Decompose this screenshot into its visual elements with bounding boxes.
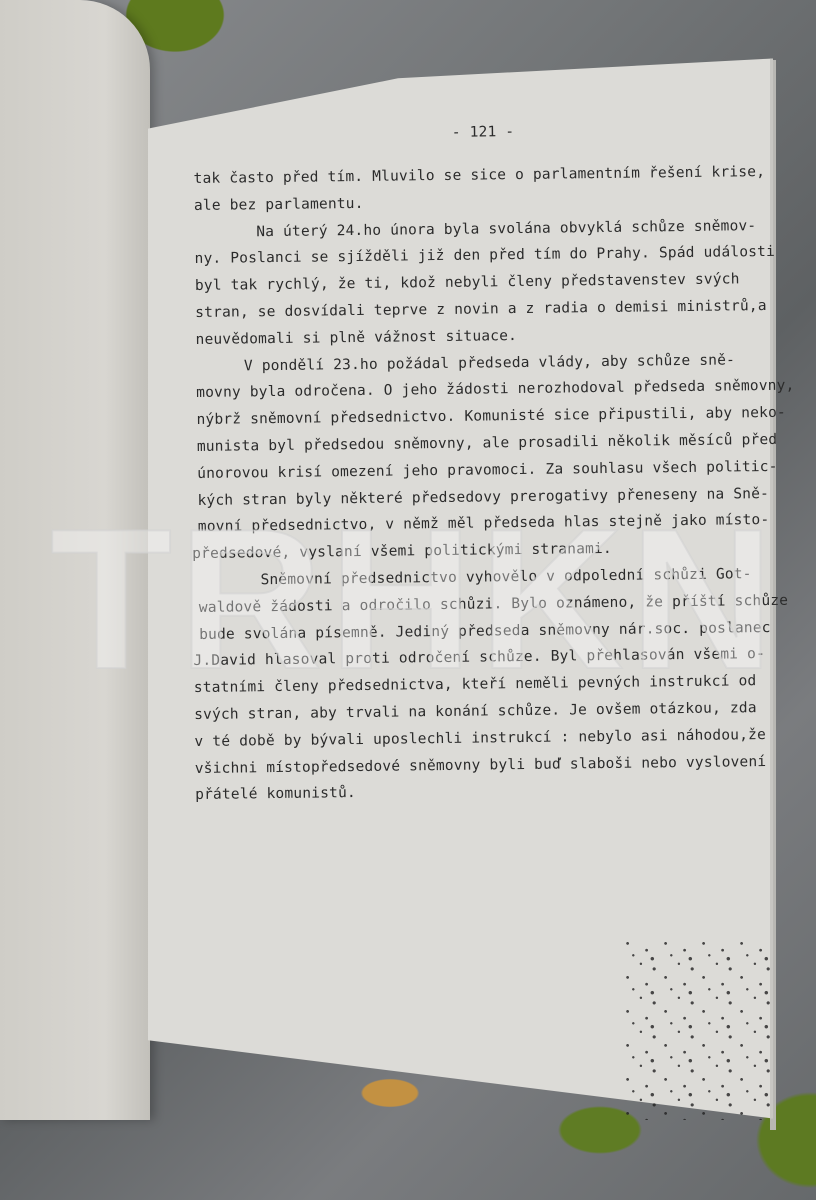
page-text: - 121 - tak často před tím. Mluvilo se s… [193, 121, 761, 809]
watermark: TRHKNIH [50, 520, 780, 680]
ink-specks [620, 940, 770, 1120]
